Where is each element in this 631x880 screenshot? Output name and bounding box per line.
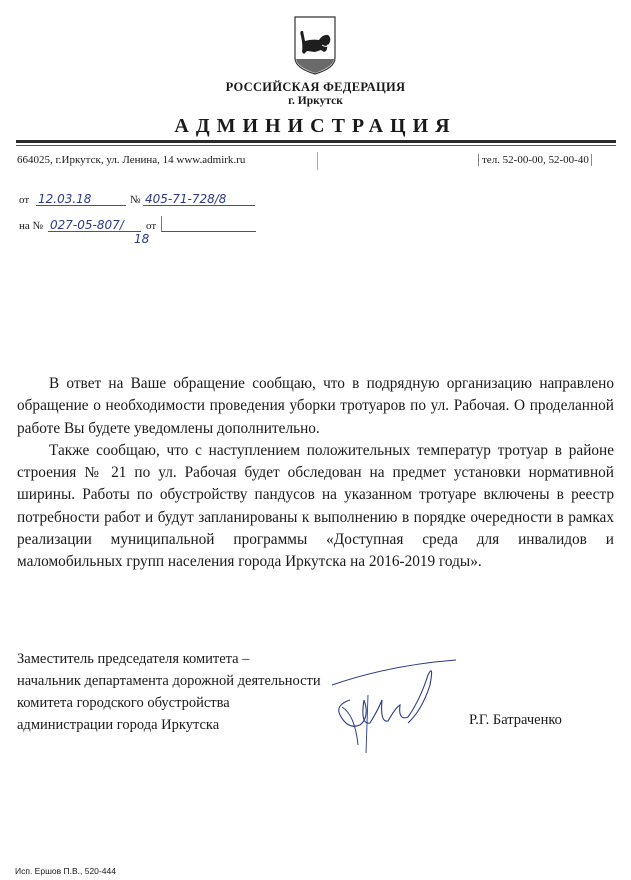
organization-title: АДМИНИСТРАЦИЯ xyxy=(0,115,631,138)
signatory-name: Р.Г. Батраченко xyxy=(469,712,562,729)
reply-to-suffix: 18 xyxy=(134,232,149,246)
position-line: начальник департамента дорожной деятельн… xyxy=(17,670,321,692)
reply-date-label: от xyxy=(146,220,156,232)
date-field: 12.03.18 xyxy=(36,190,126,206)
number-label: № xyxy=(130,194,141,206)
signatory-position: Заместитель председателя комитета – нача… xyxy=(17,648,321,736)
coat-of-arms-icon xyxy=(291,14,339,76)
country-name: РОССИЙСКАЯ ФЕДЕРАЦИЯ xyxy=(0,80,631,95)
address: 664025, г.Иркутск, ул. Ленина, 14 www.ad… xyxy=(17,154,245,166)
position-line: комитета городского обустройства xyxy=(17,692,321,714)
handwritten-signature-icon xyxy=(330,655,460,755)
reply-to-value: 027-05-807/ xyxy=(48,218,124,232)
executor-info: Исп. Ершов П.В., 520-444 xyxy=(15,866,116,876)
date-value: 12.03.18 xyxy=(36,192,91,206)
position-line: Заместитель председателя комитета – xyxy=(17,648,321,670)
position-line: администрации города Иркутска xyxy=(17,714,321,736)
reply-date-field xyxy=(161,216,256,232)
divider xyxy=(317,152,318,170)
reply-to-field: 027-05-807/ xyxy=(48,216,141,232)
body-paragraph: Также сообщаю, что с наступлением положи… xyxy=(17,440,614,574)
number-value: 405-71-728/8 xyxy=(143,192,226,206)
city-name: г. Иркутск xyxy=(0,95,631,107)
letter-body: В ответ на Ваше обращение сообщаю, что в… xyxy=(17,373,614,574)
number-field: 405-71-728/8 xyxy=(143,190,255,206)
body-paragraph: В ответ на Ваше обращение сообщаю, что в… xyxy=(17,373,614,440)
header-rule-thin xyxy=(16,145,616,146)
phone: тел. 52-00-00, 52-00-40 xyxy=(478,154,592,166)
date-label: от xyxy=(19,194,29,206)
header-rule-thick xyxy=(16,140,616,143)
reply-to-label: на № xyxy=(19,220,43,232)
